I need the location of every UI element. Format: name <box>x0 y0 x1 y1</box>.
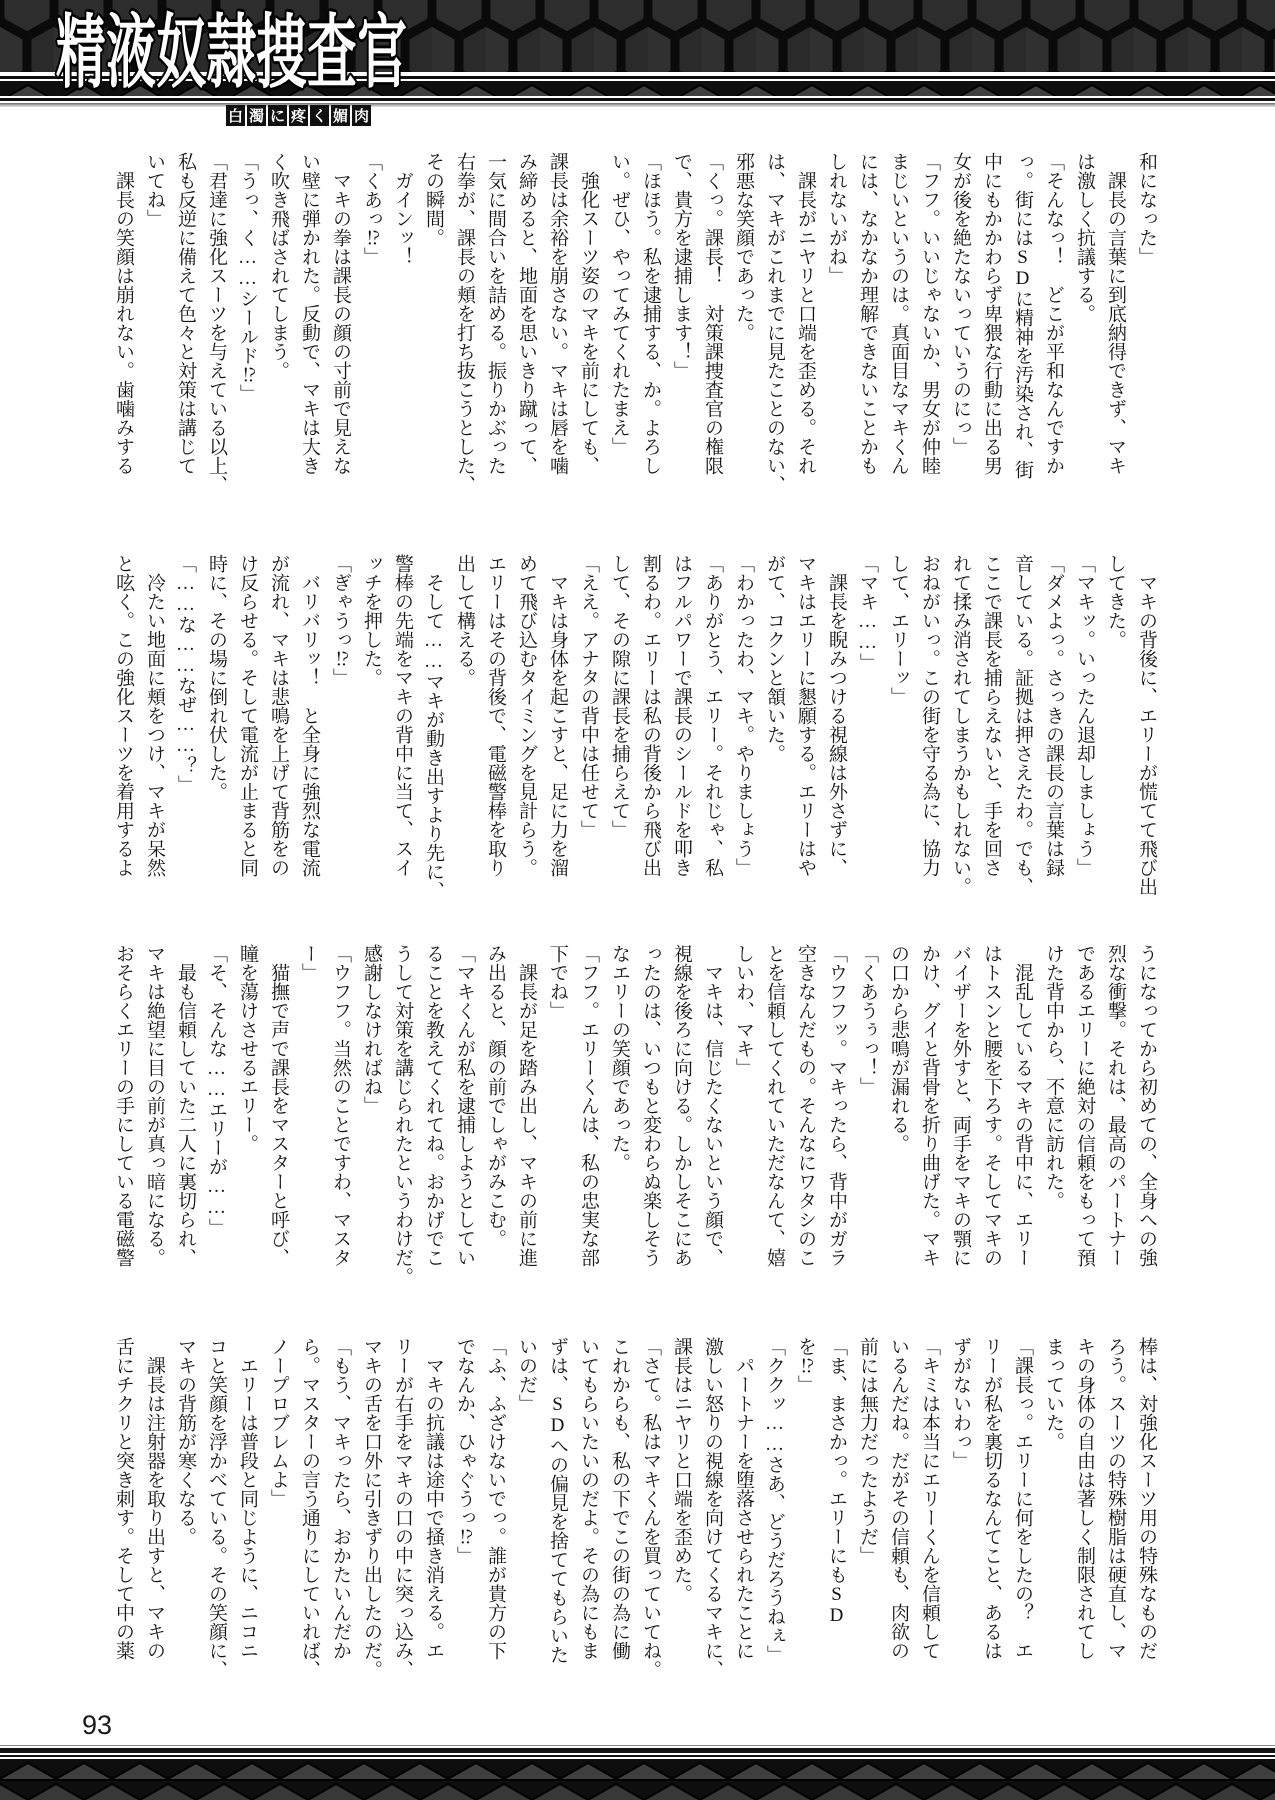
text-column: っ。街にはSDに精神を汚染され、街 <box>1007 152 1038 494</box>
subtitle-char-box: 疼 <box>289 105 308 126</box>
text-column: 「マキッ。いったん退却しましょう」 <box>1069 554 1100 900</box>
text-band-2: マキの背後に、エリーが慌てて飛び出してきた。「マキッ。いったん退却しましょう」「… <box>108 554 1162 900</box>
text-column: 「そんなっ！ どこが平和なんですか <box>1038 152 1069 494</box>
text-column: 「ええ。アナタの背中は任せて」 <box>573 554 604 900</box>
text-column: しれないがね」 <box>821 152 852 494</box>
text-column: 「ほほう。私を逮捕する、か。よろし <box>635 152 666 494</box>
text-column: 私も反逆に備えて色々と対策は講じて <box>170 152 201 494</box>
text-column: 瞳を蕩けさせるエリー。 <box>232 944 263 1286</box>
page-number: 93 <box>82 1710 112 1741</box>
text-column: 「わかったわ、マキ。やりましょう」 <box>728 554 759 900</box>
text-band-4: 棒は、対強化スーツ用の特殊なものだろう。スーツの特殊樹脂は硬直し、マキの身体の自… <box>108 1337 1162 1679</box>
text-column: 出して構える。 <box>449 554 480 900</box>
text-column: 「ウフフッ。マキったら、背中がガラ <box>821 944 852 1286</box>
text-column: 右拳が、課長の頬を打ち抜こうとした、 <box>449 152 480 494</box>
text-column: エリーは普段と同じように、ニコニ <box>232 1337 263 1679</box>
text-column: まじいというのは。真面目なマキくん <box>883 152 914 494</box>
text-column: なエリーの笑顔であった。 <box>604 944 635 1286</box>
text-column: いのだ」 <box>511 1337 542 1679</box>
text-column: うになってから初めての、全身への強 <box>1131 944 1162 1286</box>
text-column: 課長が足を踏み出し、マキの前に進 <box>511 944 542 1286</box>
text-column: マキの背筋が寒くなる。 <box>170 1337 201 1679</box>
text-column: これからも、私の下でこの街の為に働 <box>604 1337 635 1679</box>
subtitle-char-box: 肉 <box>352 105 371 126</box>
text-column: けた背中から、不意に訪れた。 <box>1038 944 1069 1286</box>
text-column: いるんだね。だがその信頼も、肉欲の <box>883 1337 914 1679</box>
text-band-3: うになってから初めての、全身への強烈な衝撃。それは、最高のパートナーであるエリー… <box>108 944 1162 1286</box>
text-column: がて、コクンと頷いた。 <box>759 554 790 900</box>
text-column: 中にもかかわらず卑猥な行動に出る男 <box>976 152 1007 494</box>
volume-subtitle: 白濁に疼く媚肉 <box>226 105 371 126</box>
text-column: 強化スーツ姿のマキを前にしても、 <box>573 152 604 494</box>
text-column: マキの拳は課長の顔の寸前で見えな <box>325 152 356 494</box>
subtitle-char-box: に <box>268 105 287 126</box>
text-column: 「くあうぅっ！」 <box>852 944 883 1286</box>
text-column: しいわ、マキ」 <box>728 944 759 1286</box>
text-column: 空きなんだもの。そんなにワタシのこ <box>790 944 821 1286</box>
text-column: コと笑顔を浮かべている。その笑顔に、 <box>201 1337 232 1679</box>
text-column: で、貴方を逮捕します！」 <box>666 152 697 494</box>
text-column: 「ダメよっ。さっきの課長の言葉は録 <box>1038 554 1069 900</box>
text-column: い。ぜひ、やってみてくれたまえ」 <box>604 152 635 494</box>
text-column: け反らせる。そして電流が止まると同 <box>232 554 263 900</box>
text-column: ガインッ！ <box>387 152 418 494</box>
text-column: 課長がニヤリと口端を歪める。それ <box>790 152 821 494</box>
text-column: ずがないわっ」 <box>945 1337 976 1679</box>
text-column: く吹き飛ばされてしまう。 <box>263 152 294 494</box>
text-column: 邪悪な笑顔であった。 <box>728 152 759 494</box>
series-title-logo: 精液奴隷捜査官 <box>56 14 408 94</box>
text-column: マキは身体を起こすと、足に力を溜 <box>542 554 573 900</box>
text-column: エリーはその背後で、電磁警棒を取り <box>480 554 511 900</box>
text-column: 割るわ。エリーは私の背後から飛び出 <box>635 554 666 900</box>
text-column: 課長を睨みつける視線は外さずに、 <box>821 554 852 900</box>
text-column: ッチを押した。 <box>356 554 387 900</box>
text-column: 音している。証拠は押さえたわ。でも、 <box>1007 554 1038 900</box>
text-column: おねがいっ。この街を守る為に、協力 <box>914 554 945 900</box>
text-column: ったのは、いつもと変わらぬ楽しそう <box>635 944 666 1286</box>
text-column: ー」 <box>294 944 325 1286</box>
text-column: 「フフ。エリーくんは、私の忠実な部 <box>573 944 604 1286</box>
text-column: 課長の笑顔は崩れない。歯噛みする <box>108 152 139 494</box>
header-stripe <box>0 103 1275 107</box>
text-column: してきた。 <box>1100 554 1131 900</box>
text-column: には、なかなか理解できないことかも <box>852 152 883 494</box>
text-column: であるエリーに絶対の信頼をもって預 <box>1069 944 1100 1286</box>
text-column: まっていた。 <box>1038 1337 1069 1679</box>
text-column: 視線を後ろに向ける。しかしそこにあ <box>666 944 697 1286</box>
text-column: ずは、SDへの偏見を捨ててもらいた <box>542 1337 573 1679</box>
text-column: でなんか、ひゃぐうっ⁉」 <box>449 1337 480 1679</box>
text-column: そして……マキが動き出すより先に、 <box>418 554 449 900</box>
text-column: いてね」 <box>139 152 170 494</box>
text-column: 激しい怒りの視線を向けてくるマキに、 <box>697 1337 728 1679</box>
text-column: 「マキ……」 <box>852 554 883 900</box>
text-column: 警棒の先端をマキの背中に当て、スイ <box>387 554 418 900</box>
text-column: 「フフ。いいじゃないか、男女が仲睦 <box>914 152 945 494</box>
text-column: 「くっ。課長！ 対策課捜査官の権限 <box>697 152 728 494</box>
text-column: 混乱しているマキの背中に、エリー <box>1007 944 1038 1286</box>
text-column: おそらくエリーの手にしている電磁警 <box>108 944 139 1286</box>
text-column: 「マキくんが私を逮捕しようとしてい <box>449 944 480 1286</box>
text-column: が流れ、マキは悲鳴を上げて背筋をの <box>263 554 294 900</box>
text-column: 下でね」 <box>542 944 573 1286</box>
text-column: 「くあっ⁉」 <box>356 152 387 494</box>
text-column: マキは絶望に目の前が真っ暗になる。 <box>139 944 170 1286</box>
text-column: 「ウフフ。当然のことですわ、マスタ <box>325 944 356 1286</box>
text-column: 猫撫で声で課長をマスターと呼び、 <box>263 944 294 1286</box>
text-column: 「もう、マキったら、おかたいんだか <box>325 1337 356 1679</box>
text-column: 和になった」 <box>1131 152 1162 494</box>
text-column: み締めると、地面を思いきり蹴って、 <box>511 152 542 494</box>
text-column: 烈な衝撃。それは、最高のパートナー <box>1100 944 1131 1286</box>
text-column: 「……な……なぜ……？」 <box>170 554 201 900</box>
text-column: 感謝しなければね」 <box>356 944 387 1286</box>
text-column: その瞬間。 <box>418 152 449 494</box>
subtitle-char-box: 濁 <box>247 105 266 126</box>
text-column: 課長はニヤリと口端を歪めた。 <box>666 1337 697 1679</box>
text-column: 「ありがとう、エリー。それじゃ、私 <box>697 554 728 900</box>
text-column: ここで課長を捕らえないと、手を回さ <box>976 554 1007 900</box>
text-column: 時に、その場に倒れ伏した。 <box>201 554 232 900</box>
text-column: ろう。スーツの特殊樹脂は硬直し、マ <box>1100 1337 1131 1679</box>
text-column: 棒は、対強化スーツ用の特殊なものだ <box>1131 1337 1162 1679</box>
text-column: 「ククッ……さあ、どうだろうねぇ」 <box>759 1337 790 1679</box>
text-column: はフルパワーで課長のシールドを叩き <box>666 554 697 900</box>
text-column: を⁉」 <box>790 1337 821 1679</box>
text-column: の口から悲鳴が漏れる。 <box>883 944 914 1286</box>
text-column: うして対策を講じられたというわけだ。 <box>387 944 418 1286</box>
text-column: 「君達に強化スーツを与えている以上、 <box>201 152 232 494</box>
text-column: 最も信頼していた二人に裏切られ、 <box>170 944 201 1286</box>
text-column: は、マキがこれまでに見たことのない、 <box>759 152 790 494</box>
text-column: い壁に弾かれた。反動で、マキは大き <box>294 152 325 494</box>
text-column: 冷たい地面に頬をつけ、マキが呆然 <box>139 554 170 900</box>
text-column: 「課長っ。エリーに何をしたの？ エ <box>1007 1337 1038 1679</box>
text-band-1: 和になった」 課長の言葉に到底納得できず、マキは激しく抗議する。「そんなっ！ ど… <box>108 152 1162 494</box>
text-column: して、エリーッ」 <box>883 554 914 900</box>
text-column: めて飛び込むタイミングを見計らう。 <box>511 554 542 900</box>
text-column: 女が後を絶たないっていうのにっ」 <box>945 152 976 494</box>
text-column: 「そ、そんな……エリーが……」 <box>201 944 232 1286</box>
text-column: み出ると、顔の前でしゃがみこむ。 <box>480 944 511 1286</box>
text-column: マキの舌を口外に引きずり出したのだ。 <box>356 1337 387 1679</box>
text-column: リーが右手をマキの口の中に突っ込み、 <box>387 1337 418 1679</box>
text-column: ら。マスターの言う通りにしていれば、 <box>294 1337 325 1679</box>
text-column: して、その隙に課長を捕らえて」 <box>604 554 635 900</box>
text-column: はトスンと腰を下ろす。そしてマキの <box>976 944 1007 1286</box>
text-column: マキはエリーに懇願する。エリーはや <box>790 554 821 900</box>
text-column: 「うっ、く……シールド⁉」 <box>232 152 263 494</box>
text-column: マキの抗議は途中で掻き消える。エ <box>418 1337 449 1679</box>
text-column: と呟く。この強化スーツを着用するよ <box>108 554 139 900</box>
text-column: 「ぎゃうっ⁉」 <box>325 554 356 900</box>
text-column: 「ふ、ふざけないでっ。誰が貴方の下 <box>480 1337 511 1679</box>
subtitle-char-box: く <box>310 105 329 126</box>
novel-page: 精液奴隷捜査官 白濁に疼く媚肉 和になった」 課長の言葉に到底納得できず、マキは… <box>0 0 1275 1800</box>
text-column: 課長は余裕を崩さない。マキは唇を噛 <box>542 152 573 494</box>
text-column: マキの背後に、エリーが慌てて飛び出 <box>1131 554 1162 900</box>
text-column: ノープロブレムよ」 <box>263 1337 294 1679</box>
text-column: パートナーを堕落させられたことに <box>728 1337 759 1679</box>
text-column: いてもらいたいのだよ。その為にもま <box>573 1337 604 1679</box>
text-column: マキは、信じたくないという顔で、 <box>697 944 728 1286</box>
text-column: 「ま、まさかっ。エリーにもSD <box>821 1337 852 1679</box>
text-column: 前には無力だったようだ」 <box>852 1337 883 1679</box>
text-column: かけ、グイと背骨を折り曲げた。マキ <box>914 944 945 1286</box>
text-column: れて揉み消されてしまうかもしれない。 <box>945 554 976 900</box>
text-column: 「さて。私はマキくんを買っていてね。 <box>635 1337 666 1679</box>
subtitle-char-box: 白 <box>226 105 245 126</box>
subtitle-char-box: 媚 <box>331 105 350 126</box>
footer-chevron-banner <box>0 1759 1275 1800</box>
text-column: は激しく抗議する。 <box>1069 152 1100 494</box>
text-column: リーが私を裏切るなんてこと、あるは <box>976 1337 1007 1679</box>
text-column: キの身体の自由は著しく制限されてし <box>1069 1337 1100 1679</box>
text-column: バイザーを外すと、両手をマキの顎に <box>945 944 976 1286</box>
text-column: 舌にチクリと突き刺す。そして中の薬 <box>108 1337 139 1679</box>
text-column: 一気に間合いを詰める。振りかぶった <box>480 152 511 494</box>
text-column: とを信頼してくれていただなんて、嬉 <box>759 944 790 1286</box>
text-column: バリバリッ！ と全身に強烈な電流 <box>294 554 325 900</box>
text-column: 「キミは本当にエリーくんを信頼して <box>914 1337 945 1679</box>
text-column: 課長は注射器を取り出すと、マキの <box>139 1337 170 1679</box>
text-column: 課長の言葉に到底納得できず、マキ <box>1100 152 1131 494</box>
text-column: ることを教えてくれてね。おかげでこ <box>418 944 449 1286</box>
